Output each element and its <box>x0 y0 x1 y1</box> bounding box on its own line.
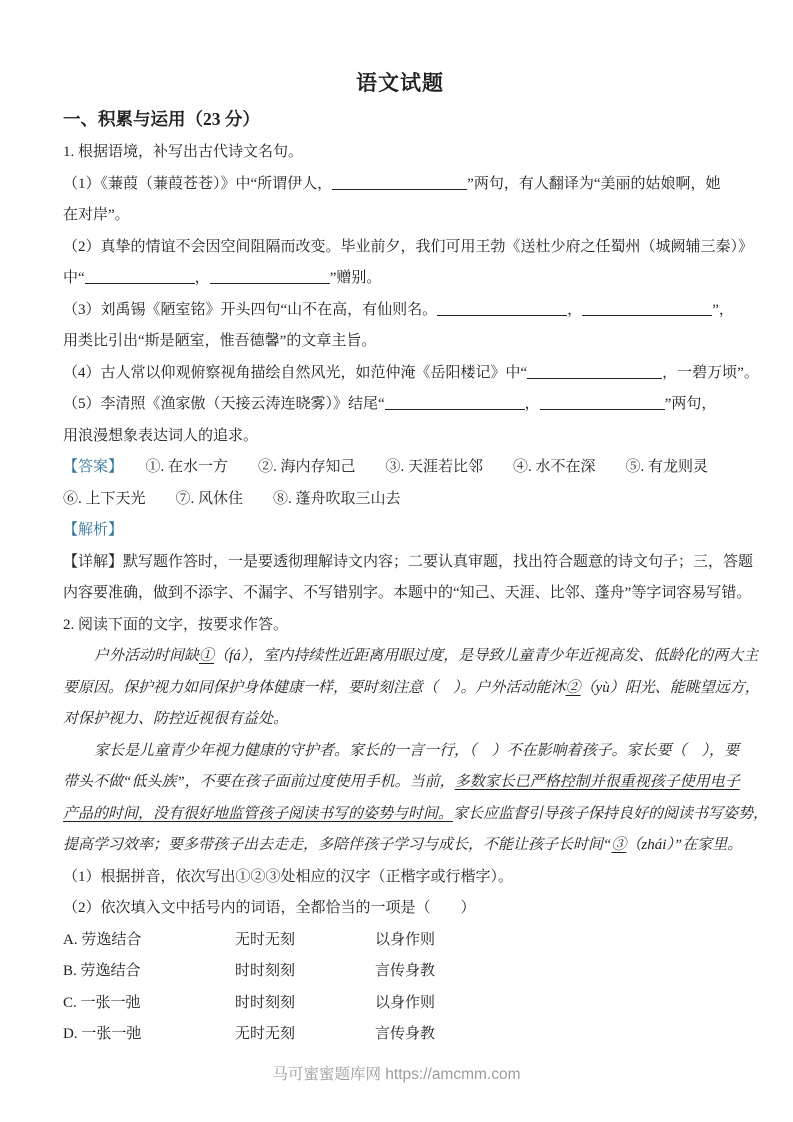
blank-underline <box>437 301 567 316</box>
text-segment: ①. 在水一方 ②. 海内存知己 ③. 天涯若比邻 ④. 水不在深 ⑤. 有龙则… <box>116 459 709 475</box>
text-segment: （5）李清照《渔家傲（天接云涛连晓雾）》结尾“ <box>63 396 385 412</box>
text-segment: ”两句，有人翻译为“美丽的姑娘啊，她 <box>467 176 720 192</box>
passage-p1-line3: 对保护视力、防控近视很有益处。 <box>63 704 737 736</box>
text-segment: 提高学习效率；要多带孩子出去走走，多陪伴孩子学习与成长，不能让孩子长时间“ <box>63 837 611 853</box>
q2-stem: 2. 阅读下面的文字，按要求作答。 <box>63 610 737 642</box>
text-segment: 中“ <box>63 270 85 286</box>
option-col: 言传身教 <box>375 1019 435 1051</box>
text-segment: 1. 根据语境，补写出古代诗文名句。 <box>63 144 303 160</box>
page-title: 语文试题 <box>63 64 737 102</box>
blank-underline <box>332 175 467 190</box>
text-segment: 用浪漫想象表达词人的追求。 <box>63 428 258 444</box>
answer-line2: ⑥. 上下天光 ⑦. 风休住 ⑧. 蓬舟吹取三山去 <box>63 484 737 516</box>
text-segment: （4）古人常以仰观俯察视角描绘自然风光，如范仲淹《岳阳楼记》中“ <box>63 365 527 381</box>
q1-part5-line2: 用浪漫想象表达词人的追求。 <box>63 421 737 453</box>
detail-line1: 【详解】默写题作答时，一是要透彻理解诗文内容；二要认真审题，找出符合题意的诗文句… <box>63 547 737 579</box>
blank-underline <box>540 395 665 410</box>
analysis-label: 【解析】 <box>63 515 737 547</box>
blank-underline <box>85 269 195 284</box>
text-segment: ，一碧万顷”。 <box>662 365 759 381</box>
text-segment: 内容要准确，做到不添字、不漏字、不写错别字。本题中的“知己、天涯、比邻、蓬舟”等… <box>63 585 751 601</box>
passage-p1-line2: 要原因。保护视力如同保护身体健康一样，要时刻注意（ ）。户外活动能沐②（yù）阳… <box>63 673 737 705</box>
option-b: B. 劳逸结合时时刻刻言传身教 <box>63 956 737 988</box>
text-segment: 要原因。保护视力如同保护身体健康一样，要时刻注意（ ）。户外活动能沐 <box>63 680 566 696</box>
text-segment: ⑥. 上下天光 ⑦. 风休住 ⑧. 蓬舟吹取三山去 <box>63 491 401 507</box>
text-segment: 带头不做“低头族”，不要在孩子面前过度使用手机。当前， <box>63 774 455 790</box>
option-d: D. 一张一弛无时无刻言传身教 <box>63 1019 737 1051</box>
blank-underline <box>385 395 525 410</box>
option-col: D. 一张一弛 <box>63 1019 235 1051</box>
answer-line1: 【答案】 ①. 在水一方 ②. 海内存知己 ③. 天涯若比邻 ④. 水不在深 ⑤… <box>63 452 737 484</box>
q1-part1-line1: （1）《蒹葭（蒹葭苍苍）》中“所谓伊人，”两句，有人翻译为“美丽的姑娘啊，她 <box>63 169 737 201</box>
option-c: C. 一张一弛时时刻刻以身作则 <box>63 988 737 1020</box>
q1-part3-line2: 用类比引出“斯是陋室，惟吾德馨”的文章主旨。 <box>63 326 737 358</box>
blank-underline <box>527 364 662 379</box>
text-segment: ③ <box>611 837 626 853</box>
text-segment: 用类比引出“斯是陋室，惟吾德馨”的文章主旨。 <box>63 333 376 349</box>
option-col: 时时刻刻 <box>235 956 375 988</box>
text-segment: ”赠别。 <box>330 270 382 286</box>
option-col: B. 劳逸结合 <box>63 956 235 988</box>
option-col: 以身作则 <box>375 988 435 1020</box>
option-col: A. 劳逸结合 <box>63 925 235 957</box>
text-segment: 家长是儿童青少年视力健康的守护者。家长的一言一行，（ ）不在影响着孩子。家长要（… <box>94 743 739 759</box>
passage-p1-line1: 户外活动时间缺①（fá），室内持续性近距离用眼过度，是导致儿童青少年近视高发、低… <box>63 641 737 673</box>
answer-label: 【答案】 <box>63 459 116 475</box>
text-segment: （2）依次填入文中括号内的词语，全都恰当的一项是（ ） <box>63 900 476 916</box>
q1-part4: （4）古人常以仰观俯察视角描绘自然风光，如范仲淹《岳阳楼记》中“，一碧万顷”。 <box>63 358 737 390</box>
text-segment: ② <box>566 680 581 696</box>
q1-part5-line1: （5）李清照《渔家傲（天接云涛连晓雾）》结尾“，”两句， <box>63 389 737 421</box>
q1-part2-line1: （2）真挚的情谊不会因空间阻隔而改变。毕业前夕，我们可用王勃《送杜少府之任蜀州（… <box>63 232 737 264</box>
passage-p2-line3: 产品的时间，没有很好地监管孩子阅读书写的姿势与时间。家长应监督引导孩子保持良好的… <box>63 799 737 831</box>
option-col: 无时无刻 <box>235 1019 375 1051</box>
q1-part1-line2: 在对岸”。 <box>63 200 737 232</box>
q2-part1: （1）根据拼音，依次写出①②③处相应的汉字（正楷字或行楷字）。 <box>63 862 737 894</box>
text-segment: （3）刘禹锡《陋室铭》开头四句“山不在高，有仙则名。 <box>63 302 437 318</box>
text-segment: （zhái）”在家里。 <box>626 837 742 853</box>
text-segment: 户外活动时间缺 <box>94 648 199 664</box>
text-segment: ”， <box>712 302 734 318</box>
text-segment: （1）《蒹葭（蒹葭苍苍）》中“所谓伊人， <box>63 176 332 192</box>
text-segment: （fá），室内持续性近距离用眼过度，是导致儿童青少年近视高发、低龄化的两大主 <box>214 648 758 664</box>
exam-page: 语文试题 一、积累与运用（23 分） 1. 根据语境，补写出古代诗文名句。（1）… <box>0 0 793 1122</box>
option-col: 时时刻刻 <box>235 988 375 1020</box>
text-segment: ， <box>525 396 540 412</box>
q1-part2-line2: 中“，”赠别。 <box>63 263 737 295</box>
text-segment: ”两句， <box>665 396 717 412</box>
q1-part3-line1: （3）刘禹锡《陋室铭》开头四句“山不在高，有仙则名。，”， <box>63 295 737 327</box>
text-segment: 【详解】默写题作答时，一是要透彻理解诗文内容；二要认真审题，找出符合题意的诗文句… <box>63 554 753 570</box>
text-segment: 多数家长已严格控制并很重视孩子使用电子 <box>455 774 740 790</box>
q2-part2: （2）依次填入文中括号内的词语，全都恰当的一项是（ ） <box>63 893 737 925</box>
watermark-footer: 马可蜜蜜题库网 https://amcmm.com <box>0 1062 793 1088</box>
text-segment: （yù）阳光、能眺望远方， <box>581 680 760 696</box>
option-col: C. 一张一弛 <box>63 988 235 1020</box>
text-segment: ， <box>567 302 582 318</box>
blank-underline <box>582 301 712 316</box>
passage-p2-line4: 提高学习效率；要多带孩子出去走走，多陪伴孩子学习与成长，不能让孩子长时间“③（z… <box>63 830 737 862</box>
text-segment: 在对岸”。 <box>63 207 130 223</box>
text-segment: 对保护视力、防控近视很有益处。 <box>63 711 288 727</box>
passage-p2-line2: 带头不做“低头族”，不要在孩子面前过度使用手机。当前，多数家长已严格控制并很重视… <box>63 767 737 799</box>
section-heading: 一、积累与运用（23 分） <box>63 102 737 137</box>
option-col: 无时无刻 <box>235 925 375 957</box>
option-col: 言传身教 <box>375 956 435 988</box>
text-segment: （2）真挚的情谊不会因空间阻隔而改变。毕业前夕，我们可用王勃《送杜少府之任蜀州（… <box>63 239 753 255</box>
text-segment: （1）根据拼音，依次写出①②③处相应的汉字（正楷字或行楷字）。 <box>63 869 513 885</box>
option-col: 以身作则 <box>375 925 435 957</box>
q1-stem: 1. 根据语境，补写出古代诗文名句。 <box>63 137 737 169</box>
text-segment: ① <box>199 648 214 664</box>
blank-underline <box>210 269 330 284</box>
answer-label: 【解析】 <box>63 522 123 538</box>
text-segment: 家长应监督引导孩子保持良好的阅读书写姿势， <box>453 806 768 822</box>
passage-p2-line1: 家长是儿童青少年视力健康的守护者。家长的一言一行，（ ）不在影响着孩子。家长要（… <box>63 736 737 768</box>
doc-lines: 1. 根据语境，补写出古代诗文名句。（1）《蒹葭（蒹葭苍苍）》中“所谓伊人，”两… <box>63 137 737 1051</box>
option-a: A. 劳逸结合无时无刻以身作则 <box>63 925 737 957</box>
text-segment: ， <box>195 270 210 286</box>
text-segment: 产品的时间，没有很好地监管孩子阅读书写的姿势与时间。 <box>63 806 453 822</box>
detail-line2: 内容要准确，做到不添字、不漏字、不写错别字。本题中的“知己、天涯、比邻、蓬舟”等… <box>63 578 737 610</box>
text-segment: 2. 阅读下面的文字，按要求作答。 <box>63 617 288 633</box>
